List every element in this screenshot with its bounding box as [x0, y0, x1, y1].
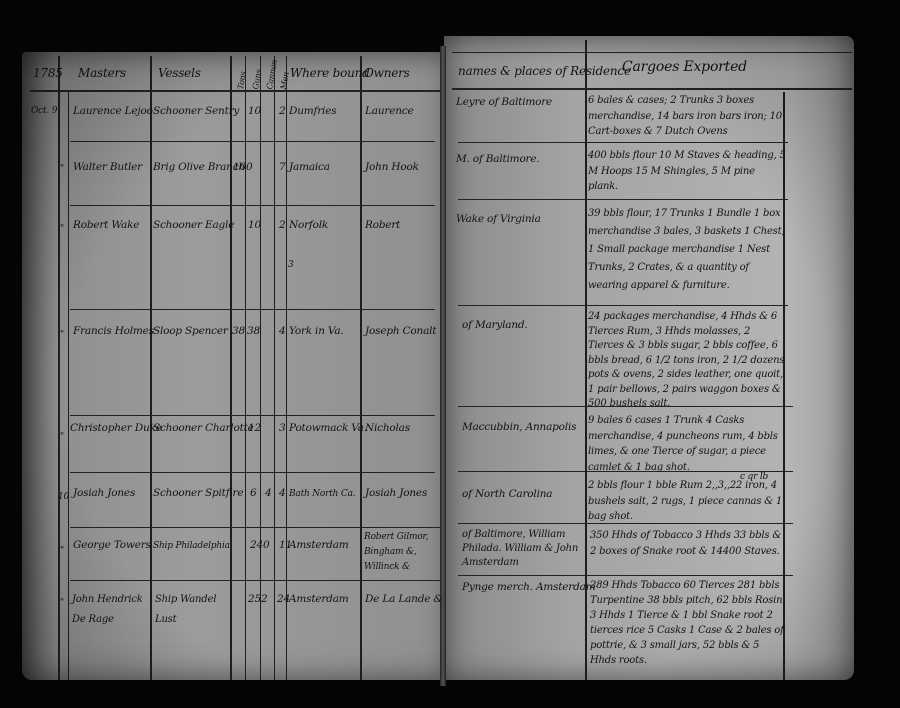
row-where-bound: Norfolk [289, 218, 328, 233]
header-masters: Masters [78, 66, 126, 81]
row-guns: 252 [248, 592, 267, 607]
rule-row [458, 199, 788, 200]
rule-row [458, 142, 788, 143]
row-master: Robert Wake [73, 218, 139, 233]
row-tons: 38 [232, 324, 245, 339]
row-date: " [60, 544, 64, 559]
row-vessel: Ship Philadelphia [153, 539, 230, 554]
row-date: " [60, 162, 64, 177]
row-vessel: Schooner Sentry [153, 104, 239, 119]
rule-row [70, 309, 435, 310]
row-where-bound: Amsterdam [289, 538, 349, 553]
rule-where [360, 56, 362, 680]
rule-row [70, 580, 440, 581]
row-master: Francis Holmes [73, 324, 154, 339]
row-guns: 10 [248, 104, 261, 119]
row-cargo: 350 Hhds of Tobacco 3 Hhds 33 bbls & 2 b… [590, 528, 788, 559]
row-where-bound: Potowmack Va. [289, 421, 367, 436]
scan-background: 1785 Masters Vessels Tons Guns Cannon Me… [0, 0, 900, 708]
row-men: 3 [279, 421, 285, 436]
rule-header [30, 90, 440, 92]
row-where-bound: Amsterdam [289, 592, 349, 607]
header-residence: names & places of Residence [458, 64, 631, 79]
row-residence: Maccubbin, Annapolis [462, 420, 576, 435]
book-gutter [440, 46, 446, 686]
row-guns: 6 [250, 486, 256, 501]
row-cargo: 39 bbls flour, 17 Trunks 1 Bundle 1 box … [588, 205, 786, 295]
row-residence: M. of Baltimore. [456, 152, 540, 167]
row-master: Walter Butler [73, 160, 142, 175]
row-master: George Towers [73, 538, 151, 553]
row-men: 4 [279, 486, 285, 501]
header-vessels: Vessels [158, 66, 201, 81]
rule-header [452, 88, 852, 90]
row-owners: Josiah Jones [365, 486, 427, 501]
row-cargo: 289 Hhds Tobacco 60 Tierces 281 bbls Tur… [590, 578, 788, 668]
row-vessel: Schooner Eagle [153, 218, 234, 233]
rule-masters [150, 56, 152, 680]
row-cargo: 6 bales & cases; 2 Trunks 3 boxes mercha… [588, 93, 786, 140]
row-where-bound: York in Va. [289, 324, 344, 339]
row-vessel: Ship Wandel Lust [155, 590, 227, 630]
row-date: " [60, 328, 64, 343]
row-where-bound: Jamaica [289, 160, 330, 175]
row-residence: of North Carolina [462, 487, 552, 502]
row-owners: Robert Gilmor, Bingham &, Willinck & [364, 530, 434, 575]
row-owners: Laurence [365, 104, 414, 119]
row-cannon: 4 [265, 486, 271, 501]
row-owners: De La Lande & [365, 592, 443, 607]
row-master: Christopher Duke [70, 421, 162, 436]
row-vessel: Brig Olive Branch [153, 160, 245, 175]
row-vessel: Schooner Spitfire [153, 486, 243, 501]
row-date: " [60, 596, 64, 611]
row-men: 2 [279, 218, 285, 233]
rule-row [70, 141, 435, 142]
header-owners: Owners [364, 66, 410, 81]
row-master: Josiah Jones [73, 486, 135, 501]
rule-vessels [230, 56, 232, 680]
row-guns: 12 [248, 421, 261, 436]
row-guns: 38 [247, 324, 260, 339]
row-men: 4 [279, 324, 285, 339]
rule-guns [260, 56, 261, 680]
rule-top [452, 52, 852, 53]
row-residence: Leyre of Baltimore [456, 95, 552, 110]
row-cargo: 9 bales 6 cases 1 Trunk 4 Casks merchand… [588, 413, 786, 475]
row-master: Laurence Lejoo [73, 104, 153, 119]
row-vessel: Schooner Charlotte [153, 421, 254, 436]
row-where-bound: Bath North Ca. [289, 487, 355, 502]
rule-day [68, 92, 69, 680]
header-cargoes: Cargoes Exported [622, 60, 747, 75]
row-where-bound: Dumfries [289, 104, 336, 119]
rule-row [458, 305, 788, 306]
row-guns: 240 [250, 538, 269, 553]
rule-row [70, 415, 435, 416]
row-owners: John Hook [365, 160, 419, 175]
row-guns: 10 [248, 218, 261, 233]
rule-men [286, 56, 287, 680]
row-men: 7 [279, 160, 285, 175]
rule-row [70, 527, 440, 528]
row-cargo: 400 bbls flour 10 M Staves & heading, 5 … [588, 148, 786, 195]
row-date: 10 [58, 490, 69, 505]
row-owners: Nicholas [365, 421, 410, 436]
header-year: 1785 [33, 66, 63, 81]
row-owners: Robert [365, 218, 400, 233]
rule-row [70, 472, 435, 473]
row-date: Oct. 9 [31, 104, 57, 119]
row-men: 2 [279, 104, 285, 119]
row-master: John Hendrick De Rage [72, 590, 150, 630]
rule-cannon [274, 56, 275, 680]
left-page [22, 52, 452, 680]
rule-row [70, 205, 435, 206]
header-where-bound: Where bound [290, 66, 370, 81]
row-cargo: 24 packages merchandise, 4 Hhds & 6 Tier… [588, 310, 786, 412]
row-residence: of Baltimore, William Philada. William &… [462, 528, 582, 570]
row-date: " [60, 222, 64, 237]
row-owners: Joseph Conalt [365, 324, 436, 339]
margin-note: 3 [288, 258, 294, 273]
row-residence: Pynge merch. Amsterdam [462, 580, 595, 595]
row-residence: of Maryland. [462, 318, 528, 333]
rule-row [458, 575, 793, 576]
row-cargo: 2 bbls flour 1 bble Rum 2,,3,,22 iron, 4… [588, 478, 786, 525]
row-guns: 100 [233, 160, 252, 175]
row-residence: Wake of Virginia [456, 212, 541, 227]
rule-tons [245, 56, 246, 680]
row-vessel: Sloop Spencer [153, 324, 228, 339]
row-date: " [60, 430, 64, 445]
rule-date [58, 56, 60, 680]
